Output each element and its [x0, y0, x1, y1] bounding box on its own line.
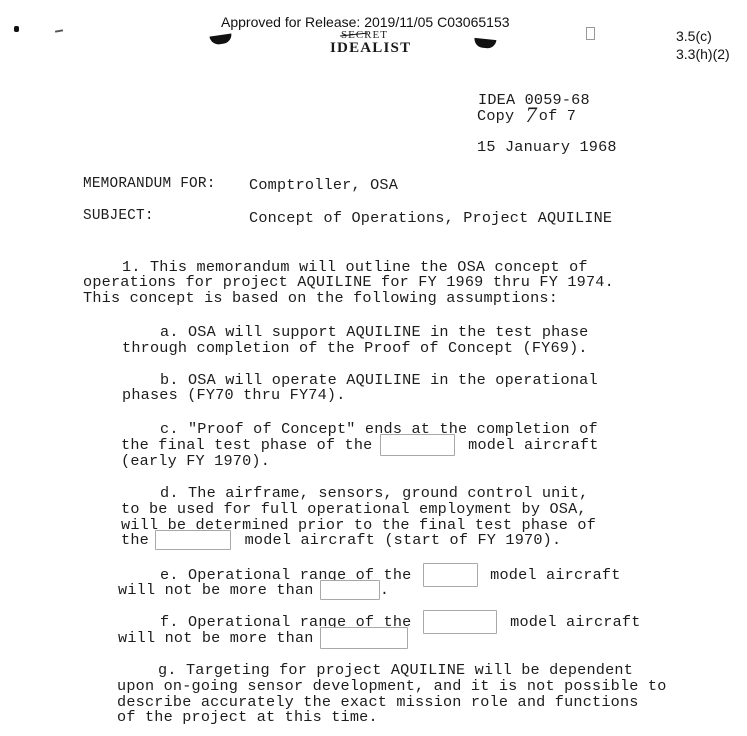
- redaction-marker-box: [586, 27, 595, 40]
- hole-punch-mark: [474, 38, 497, 49]
- para-f-line: will not be more than: [118, 627, 408, 649]
- para-c-line: (early FY 1970).: [121, 452, 270, 470]
- para-a-line: through completion of the Proof of Conce…: [122, 339, 588, 357]
- copy-prefix: Copy: [477, 107, 514, 125]
- memo-date: 15 January 1968: [477, 138, 617, 156]
- redaction-box: [380, 434, 455, 456]
- redaction-box: [423, 610, 497, 634]
- para-d-text: the: [121, 531, 149, 549]
- para-e-text: will not be more than: [118, 581, 314, 599]
- scan-speck: [55, 29, 63, 32]
- para-d-line: the model aircraft (start of FY 1970).: [121, 530, 561, 550]
- para-1-line: This concept is based on the following a…: [83, 289, 558, 307]
- para-f-text: model aircraft: [510, 613, 640, 631]
- copy-line: Copy 7of 7: [477, 106, 576, 125]
- exemption-code: 3.5(c): [676, 28, 712, 44]
- redaction-box: [423, 563, 478, 587]
- hole-punch-mark: [209, 34, 232, 46]
- memo-for-label: MEMORANDUM FOR:: [83, 176, 216, 192]
- memo-for-value: Comptroller, OSA: [249, 176, 398, 194]
- scan-speck: [14, 26, 19, 32]
- para-b-line: phases (FY70 thru FY74).: [122, 386, 346, 404]
- subject-label: SUBJECT:: [83, 208, 154, 224]
- para-c-text: model aircraft: [468, 436, 598, 454]
- exemption-code: 3.3(h)(2): [676, 46, 730, 62]
- classification-marking: IDEALIST: [330, 40, 411, 57]
- para-e-text: .: [380, 581, 389, 599]
- para-g-line: of the project at this time.: [117, 708, 378, 726]
- redaction-box: [320, 580, 380, 600]
- para-e-line: will not be more than .: [118, 580, 389, 600]
- release-stamp: Approved for Release: 2019/11/05 C030651…: [221, 14, 510, 30]
- subject-value: Concept of Operations, Project AQUILINE: [249, 209, 612, 227]
- para-e-text: model aircraft: [490, 566, 620, 584]
- para-d-text: model aircraft (start of FY 1970).: [245, 531, 562, 549]
- copy-number: 7: [526, 108, 537, 122]
- copy-suffix: of 7: [539, 107, 576, 125]
- para-f-text: will not be more than: [118, 629, 314, 647]
- redaction-box: [155, 530, 231, 550]
- redaction-box: [320, 627, 408, 649]
